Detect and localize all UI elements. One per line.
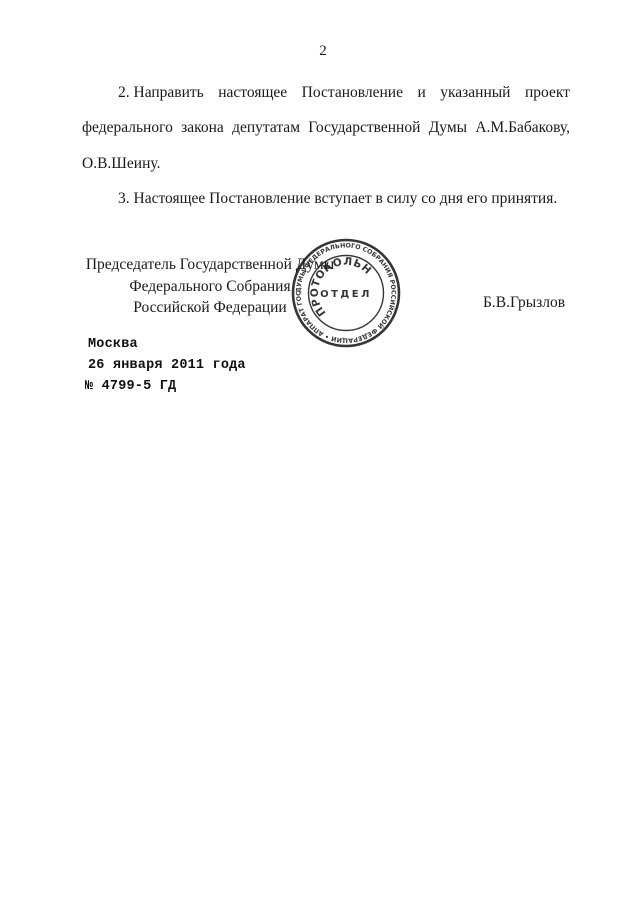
round-stamp: ДУМЫ ФЕДЕРАЛЬНОГО СОБРАНИЯ РОССИЙСКОЙ ФЕ… <box>290 237 402 349</box>
paragraph-3: 3. Настоящее Постановление вступает в си… <box>118 190 557 208</box>
footer-document-number: № 4799-5 ГД <box>85 379 176 394</box>
page-number: 2 <box>0 43 640 60</box>
word: Государственной <box>308 119 420 137</box>
paragraph-2-line-3: О.В.Шеину. <box>82 155 160 173</box>
paragraph-2-line-1: 2. НаправитьнастоящееПостановлениеиуказа… <box>118 84 570 102</box>
word: настоящее <box>218 84 287 102</box>
word: указанный <box>440 84 510 102</box>
paragraph-2-line-2: федеральногозаконадепутатамГосударственн… <box>82 119 570 137</box>
word: Думы <box>429 119 467 137</box>
word: 2. Направить <box>118 84 204 102</box>
word: проект <box>525 84 570 102</box>
word: депутатам <box>232 119 300 137</box>
word: А.М.Бабакову, <box>475 119 570 137</box>
footer-city: Москва <box>88 337 138 352</box>
footer-date: 26 января 2011 года <box>88 358 246 373</box>
document-page: 2 2. НаправитьнастоящееПостановлениеиука… <box>0 0 640 905</box>
stamp-center-text: ОТДЕЛ <box>320 289 372 300</box>
word: Постановление <box>302 84 403 102</box>
word: закона <box>181 119 224 137</box>
word: и <box>417 84 425 102</box>
signatory-name: Б.В.Грызлов <box>483 294 565 312</box>
word: федерального <box>82 119 173 137</box>
